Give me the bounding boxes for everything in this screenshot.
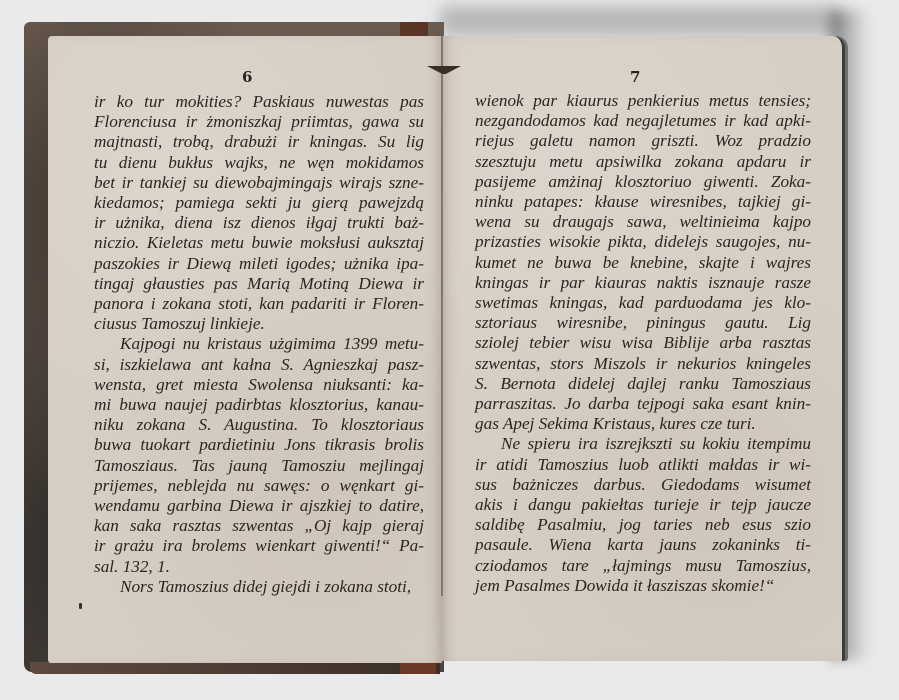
text-line: panora i zokana stoti, kan padariti ir F… xyxy=(94,294,424,314)
text-line: akis i dangu pakiełtas turieje ir tejp j… xyxy=(475,495,811,515)
text-line: szesztuju metu apsiwilka zokana apdaru i… xyxy=(475,152,811,172)
text-line: tu dienu bukłus wajks, ne węn mokidamos xyxy=(94,153,424,173)
text-line: jem Pasalmes Dowida it łasziszas skomie!… xyxy=(475,576,811,596)
text-line: wensta, gret miesta Swolensa niuksanti: … xyxy=(94,375,424,395)
text-line: ir grażu ira brolems wienkart giwenti!“ … xyxy=(94,536,424,556)
text-line: prizasties wisokie pikta, didelejs saugo… xyxy=(475,232,811,252)
text-line: paszokies ir Diewą mileti igodes; użnika… xyxy=(94,254,424,274)
text-line: riejus galetu namon griszti. Woz pradzio xyxy=(475,131,811,151)
text-line: majtnasti, trobą, drabużi ir kningas. Su… xyxy=(94,132,424,152)
text-line: saldibę Pasalmiu, jog taries neb esus sz… xyxy=(475,515,811,535)
text-line: ir atidi Tamoszius luob atlikti małdas i… xyxy=(475,455,811,475)
book-gutter xyxy=(441,36,443,596)
text-line: gas Apej Sekima Kristaus, kures cze turi… xyxy=(475,414,811,434)
text-line: nezgandodamos kad negajletumes ir kad ap… xyxy=(475,111,811,131)
text-line: kan saka rasztas szwentas „Oj kajp giera… xyxy=(94,516,424,536)
text-line: pasaule. Wiena karta jauns zokaninks ti- xyxy=(475,535,811,555)
left-page-number: 6 xyxy=(242,68,252,86)
text-line: buwa tuokart pardietiniu Jons tikrasis b… xyxy=(94,435,424,455)
text-line: prijemes, neblejda nu sawęs: o węnkart g… xyxy=(94,476,424,496)
text-line: ir ko tur mokities? Paskiaus nuwestas pa… xyxy=(94,92,424,112)
text-line: wendamu garbina Diewa ir ajszkiej to dat… xyxy=(94,496,424,516)
text-line: Kajpogi nu kristaus użgimima 1399 metu- xyxy=(94,334,424,354)
book-cover-bottom-edge xyxy=(30,662,440,674)
text-line: Florenciusa ir żmoniszkaj priimtas, gawa… xyxy=(94,112,424,132)
text-line: si, iszkielawa ant kałna S. Agnieszkaj p… xyxy=(94,355,424,375)
text-line: niku zokana S. Augustina. To klosztoriau… xyxy=(94,415,424,435)
text-line: ninku patapes: kłause wiresnibes, tajkie… xyxy=(475,192,811,212)
text-line: tingaj głausties pas Marią Motiną Diewa … xyxy=(94,274,424,294)
text-line: szwentas, stors Miszols ir nekurios knin… xyxy=(475,354,811,374)
text-line: ir użnika, diena isz dienos iłgaj trukti… xyxy=(94,213,424,233)
text-line: kningas ir par kiauras naktis isznauje r… xyxy=(475,273,811,293)
text-line: Ne spieru ira iszrejkszti su kokiu itemp… xyxy=(475,434,811,454)
text-line: ciusus Tamoszuj linkieje. xyxy=(94,314,424,334)
text-line: sztoriaus wiresnibe, piningus gautu. Lig xyxy=(475,313,811,333)
text-line: Nors Tamoszius didej giejdi i zokana sto… xyxy=(94,577,424,597)
text-line: kumet ne buwa be knebine, skajte i wajre… xyxy=(475,253,811,273)
text-line: swetimas kningas, kad parduodama jes klo… xyxy=(475,293,811,313)
text-line: parraszitas. Jo darba tejpogi saka esant… xyxy=(475,394,811,414)
right-page-number: 7 xyxy=(630,68,640,86)
text-line: wienok par kiaurus penkierius metus tens… xyxy=(475,91,811,111)
text-line: mi buwa naujej padirbtas klosztorius, ka… xyxy=(94,395,424,415)
text-line: kiedamos; pamiega sekti ju gierą pawejzd… xyxy=(94,193,424,213)
text-line: cziodamos tare „łajmings musu Tamoszius, xyxy=(475,556,811,576)
text-line: bet ir tankiej su diewobajmingajs wirajs… xyxy=(94,173,424,193)
book-shadow-top xyxy=(440,6,840,36)
text-line: sal. 132, 1. xyxy=(94,557,424,577)
text-line: wena su draugajs sawa, weltinieima kajpo xyxy=(475,212,811,232)
text-line: Tamosziaus. Tas jauną Tamosziu mejlingaj xyxy=(94,456,424,476)
right-page-text: wienok par kiaurus penkierius metus tens… xyxy=(475,91,811,596)
text-line: pasijeme amżinaj klosztoriuo giwenti. Zo… xyxy=(475,172,811,192)
left-page-text: ir ko tur mokities? Paskiaus nuwestas pa… xyxy=(94,92,424,597)
text-line: sus bażniczes darbus. Giedodams wisumet xyxy=(475,475,811,495)
text-line: niczio. Kieletas metu buwie moksłusi auk… xyxy=(94,233,424,253)
text-line: sziolej tebier wisu wisa Biblije arba ra… xyxy=(475,333,811,353)
text-line: S. Bernota didelej dajlej ranku Tamoszia… xyxy=(475,374,811,394)
ink-mark xyxy=(79,603,82,609)
